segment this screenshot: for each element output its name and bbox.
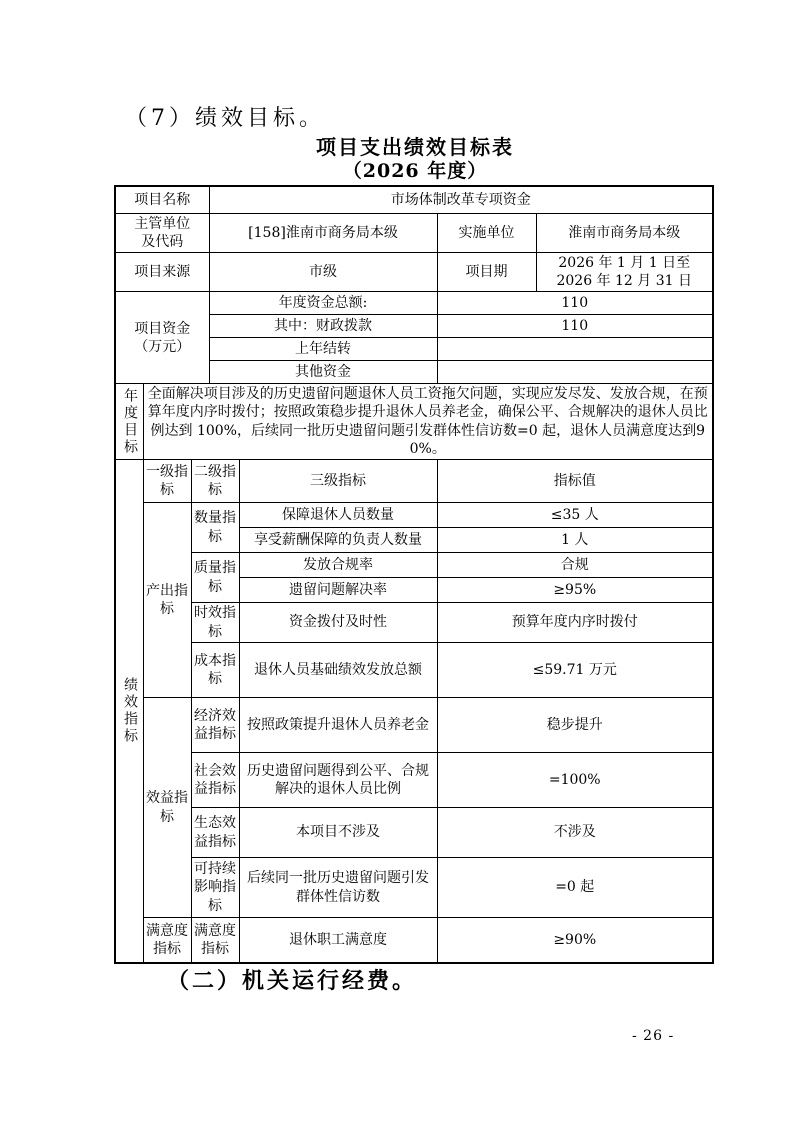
- fund-total-value: 110: [437, 292, 713, 315]
- project-name-label: 项目名称: [115, 186, 209, 213]
- level3-cell: 保障退休人员数量: [239, 503, 437, 528]
- page-number: - 26 -: [632, 1028, 674, 1044]
- row-annual-goal: 年度目标 全面解决项目涉及的历史遗留问题退休人员工资拖欠问题，实现应发尽发、发放…: [115, 384, 713, 460]
- row-fund-total: 项目资金 （万元） 年度资金总额: 110: [115, 292, 713, 315]
- value-cell: 不涉及: [437, 808, 713, 858]
- level2-timeliness: 时效指标: [191, 603, 239, 643]
- indicator-side-label-text: 绩效指标: [122, 677, 137, 745]
- fund-total-name: 年度资金总额:: [209, 292, 437, 315]
- indicator-row: 效益指标 经济效益指标 按照政策提升退休人员养老金 稳步提升: [115, 698, 713, 753]
- annual-goal-text: 全面解决项目涉及的历史遗留问题退休人员工资拖欠问题，实现应发尽发、发放合规，在预…: [143, 384, 713, 460]
- value-cell: 预算年度内序时拨付: [437, 603, 713, 643]
- period-value: 2026 年 1 月 1 日至 2026 年 12 月 31 日: [536, 252, 713, 291]
- indicator-row: 社会效益指标 历史遗留问题得到公平、合规解决的退休人员比例 =100%: [115, 753, 713, 808]
- performance-target-table: 项目名称 市场体制改革专项资金 主管单位 及代码 [158]淮南市商务局本级 实…: [114, 185, 714, 964]
- section-heading-7: （7）绩效目标。: [125, 101, 325, 132]
- level2-quality: 质量指标: [191, 553, 239, 603]
- indicator-side-label: 绩效指标: [115, 460, 143, 963]
- supervisor-label-line2: 及代码: [118, 233, 207, 251]
- header-level2: 二级指标: [191, 460, 239, 503]
- indicator-row: 产出指标 数量指标 保障退休人员数量 ≤35 人: [115, 503, 713, 528]
- period-value-line2: 2026 年 12 月 31 日: [539, 272, 711, 290]
- value-cell: ≥90%: [437, 918, 713, 963]
- level3-cell: 退休人员基础绩效发放总额: [239, 643, 437, 698]
- level2-sustainability: 可持续影响指标: [191, 858, 239, 918]
- fund-carryover-value: [437, 338, 713, 361]
- level2-quantity: 数量指标: [191, 503, 239, 553]
- implement-value: 淮南市商务局本级: [536, 213, 713, 252]
- fund-carryover-name: 上年结转: [209, 338, 437, 361]
- row-source-period: 项目来源 市级 项目期 2026 年 1 月 1 日至 2026 年 12 月 …: [115, 252, 713, 291]
- level3-cell: 资金拨付及时性: [239, 603, 437, 643]
- table-title: 项目支出绩效目标表 （2026 年度）: [115, 135, 715, 185]
- level2-social: 社会效益指标: [191, 753, 239, 808]
- indicator-row: 成本指标 退休人员基础绩效发放总额 ≤59.71 万元: [115, 643, 713, 698]
- annual-goal-label-text: 年度目标: [122, 388, 137, 456]
- table-title-line2: （2026 年度）: [115, 159, 715, 185]
- row-indicator-header: 绩效指标 一级指标 二级指标 三级指标 指标值: [115, 460, 713, 503]
- level2-economic: 经济效益指标: [191, 698, 239, 753]
- level3-cell: 历史遗留问题得到公平、合规解决的退休人员比例: [239, 753, 437, 808]
- indicator-row: 质量指标 发放合规率 合规: [115, 553, 713, 578]
- fund-label-line1: 项目资金: [118, 320, 207, 338]
- level3-cell: 后续同一批历史遗留问题引发群体性信访数: [239, 858, 437, 918]
- supervisor-value: [158]淮南市商务局本级: [209, 213, 437, 252]
- document-page: （7）绩效目标。 项目支出绩效目标表 （2026 年度） 项目名称 市场体制改革…: [0, 0, 793, 1122]
- header-level3: 三级指标: [239, 460, 437, 503]
- indicator-row: 生态效益指标 本项目不涉及 不涉及: [115, 808, 713, 858]
- source-value: 市级: [209, 252, 437, 291]
- supervisor-label: 主管单位 及代码: [115, 213, 209, 252]
- period-label: 项目期: [437, 252, 536, 291]
- value-cell: 合规: [437, 553, 713, 578]
- level3-cell: 遗留问题解决率: [239, 578, 437, 603]
- fund-other-name: 其他资金: [209, 361, 437, 384]
- level2-satisfaction: 满意度指标: [191, 918, 239, 963]
- section-heading-2: （二）机关运行经费。: [167, 964, 417, 995]
- level1-output: 产出指标: [143, 503, 191, 698]
- value-cell: ≤35 人: [437, 503, 713, 528]
- period-value-line1: 2026 年 1 月 1 日至: [539, 254, 711, 272]
- level3-cell: 按照政策提升退休人员养老金: [239, 698, 437, 753]
- implement-label: 实施单位: [437, 213, 536, 252]
- level3-cell: 退休职工满意度: [239, 918, 437, 963]
- header-value: 指标值: [437, 460, 713, 503]
- header-level1: 一级指标: [143, 460, 191, 503]
- table-title-line1: 项目支出绩效目标表: [115, 135, 715, 159]
- value-cell: 稳步提升: [437, 698, 713, 753]
- level3-cell: 发放合规率: [239, 553, 437, 578]
- fund-label: 项目资金 （万元）: [115, 292, 209, 384]
- fund-fiscal-name: 其中：财政拨款: [209, 315, 437, 338]
- value-cell: 1 人: [437, 528, 713, 553]
- value-cell: =0 起: [437, 858, 713, 918]
- fund-label-line2: （万元）: [118, 338, 207, 356]
- level1-benefit: 效益指标: [143, 698, 191, 918]
- source-label: 项目来源: [115, 252, 209, 291]
- indicator-row: 时效指标 资金拨付及时性 预算年度内序时拨付: [115, 603, 713, 643]
- indicator-row: 满意度指标 满意度指标 退休职工满意度 ≥90%: [115, 918, 713, 963]
- supervisor-label-line1: 主管单位: [118, 215, 207, 233]
- value-cell: ≤59.71 万元: [437, 643, 713, 698]
- level1-satisfaction: 满意度指标: [143, 918, 191, 963]
- value-cell: =100%: [437, 753, 713, 808]
- fund-other-value: [437, 361, 713, 384]
- row-project-name: 项目名称 市场体制改革专项资金: [115, 186, 713, 213]
- indicator-row: 可持续影响指标 后续同一批历史遗留问题引发群体性信访数 =0 起: [115, 858, 713, 918]
- level3-cell: 享受薪酬保障的负责人数量: [239, 528, 437, 553]
- row-supervisor: 主管单位 及代码 [158]淮南市商务局本级 实施单位 淮南市商务局本级: [115, 213, 713, 252]
- value-cell: ≥95%: [437, 578, 713, 603]
- level2-cost: 成本指标: [191, 643, 239, 698]
- fund-fiscal-value: 110: [437, 315, 713, 338]
- project-name-value: 市场体制改革专项资金: [209, 186, 713, 213]
- level2-ecological: 生态效益指标: [191, 808, 239, 858]
- annual-goal-label: 年度目标: [115, 384, 143, 460]
- level3-cell: 本项目不涉及: [239, 808, 437, 858]
